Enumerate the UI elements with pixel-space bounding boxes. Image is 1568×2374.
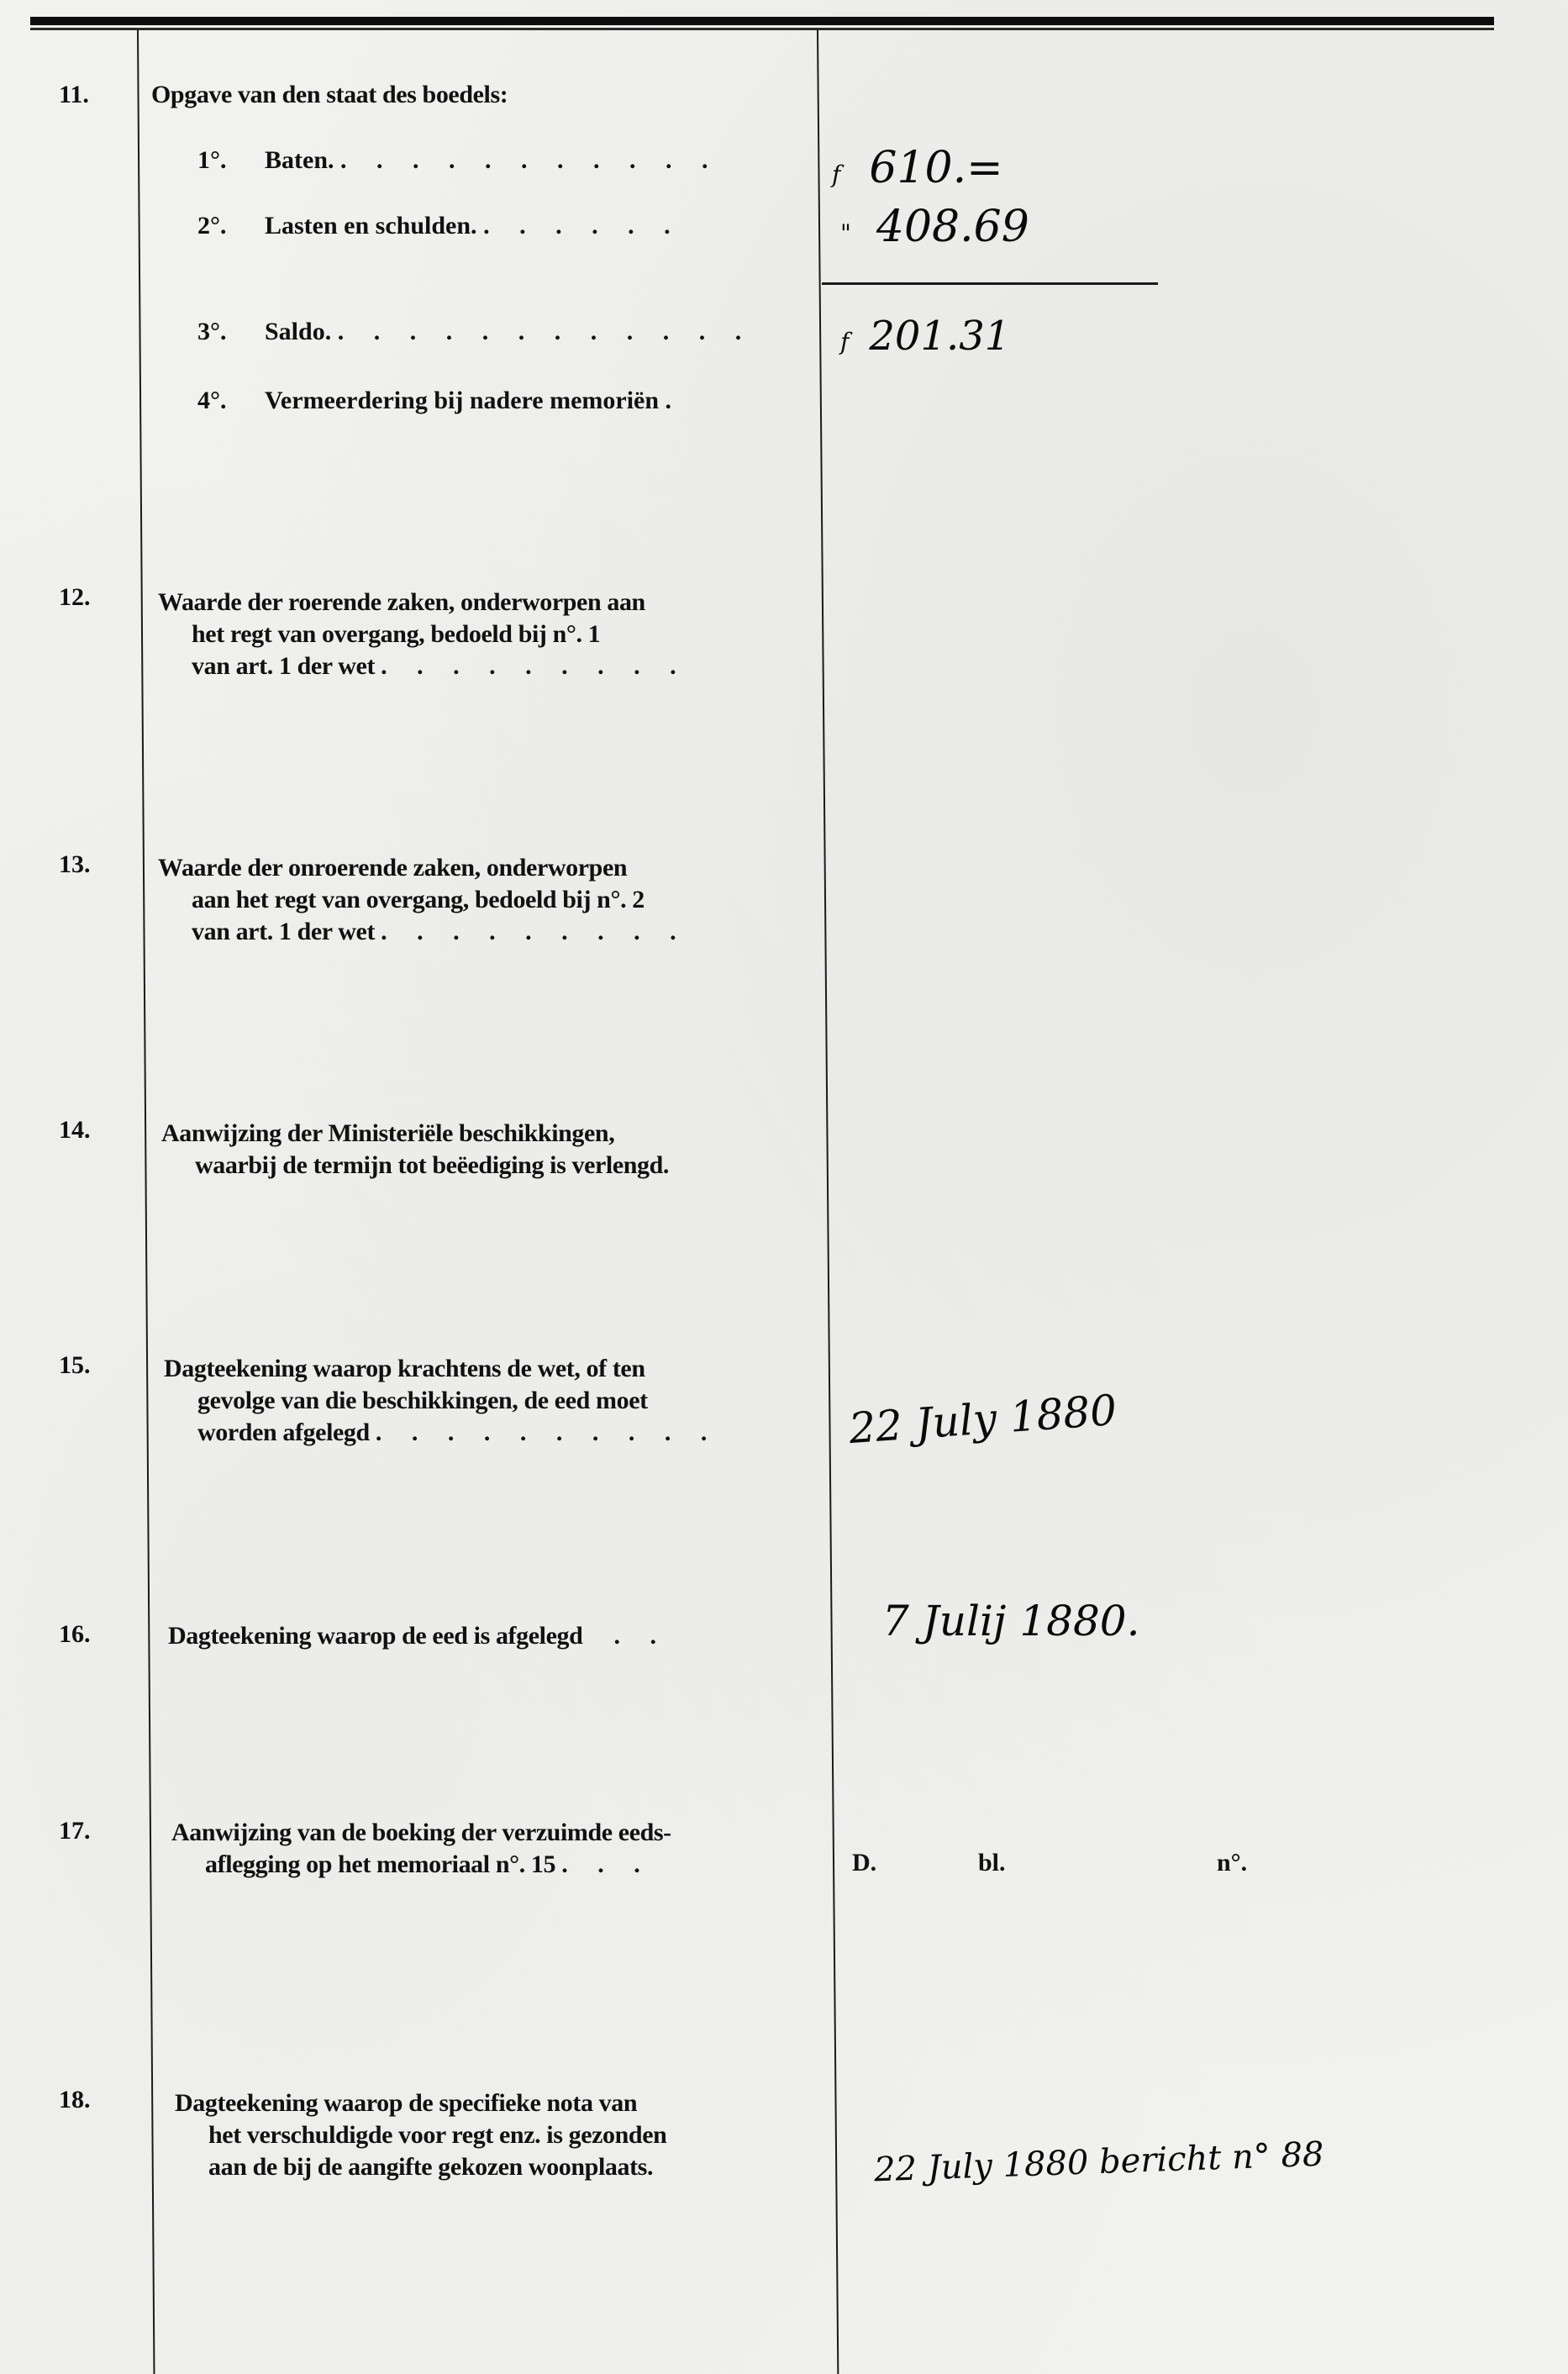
sub-line-lasten: 2°.Lasten en schulden. . . . . . . [197, 212, 682, 240]
item-number: 17. [59, 1817, 91, 1845]
item-description: Dagteekening waarop de eed is afgelegd .… [168, 1620, 823, 1652]
entry-lasten: "408.69 [840, 202, 1029, 252]
booking-no-label: n°. [1217, 1849, 1247, 1877]
item-title: Opgave van den staat des boedels: [151, 79, 807, 111]
item-description: Aanwijzing der Ministeriële beschikkinge… [161, 1118, 817, 1182]
booking-d-label: D. [852, 1849, 876, 1877]
item-number: 16. [59, 1620, 91, 1649]
item-number: 15. [59, 1351, 91, 1380]
item-number: 11. [59, 81, 89, 109]
booking-bl-label: bl. [978, 1849, 1006, 1877]
top-rule-thick [30, 17, 1494, 25]
item-description: Aanwijzing van de boeking der verzuimde … [171, 1817, 827, 1881]
paper-background [0, 0, 1568, 2374]
item-description: Waarde der onroerende zaken, onderworpen… [158, 852, 813, 948]
sub-line-saldo: 3°.Saldo. . . . . . . . . . . . . [197, 318, 753, 346]
item-description: Dagteekening waarop krachtens de wet, of… [164, 1353, 819, 1449]
sum-underline [822, 282, 1158, 285]
item-description: Waarde der roerende zaken, onderworpen a… [158, 587, 813, 682]
top-rule-thin [30, 28, 1494, 30]
sub-line-vermeerdering: 4°.Vermeerdering bij nadere memoriën . [197, 387, 671, 415]
entry-saldo: f201.31 [840, 313, 1010, 360]
item-number: 12. [59, 583, 91, 612]
item-number: 14. [59, 1116, 91, 1145]
item-description: Dagteekening waarop de specifieke nota v… [175, 2087, 830, 2183]
item-number: 13. [59, 850, 91, 879]
entry-baten: f610.= [832, 143, 1003, 193]
item-number: 18. [59, 2086, 91, 2114]
entry-oath-date: 7 Julij 1880. [882, 1597, 1139, 1645]
sub-line-baten: 1°.Baten. . . . . . . . . . . . [197, 146, 720, 175]
